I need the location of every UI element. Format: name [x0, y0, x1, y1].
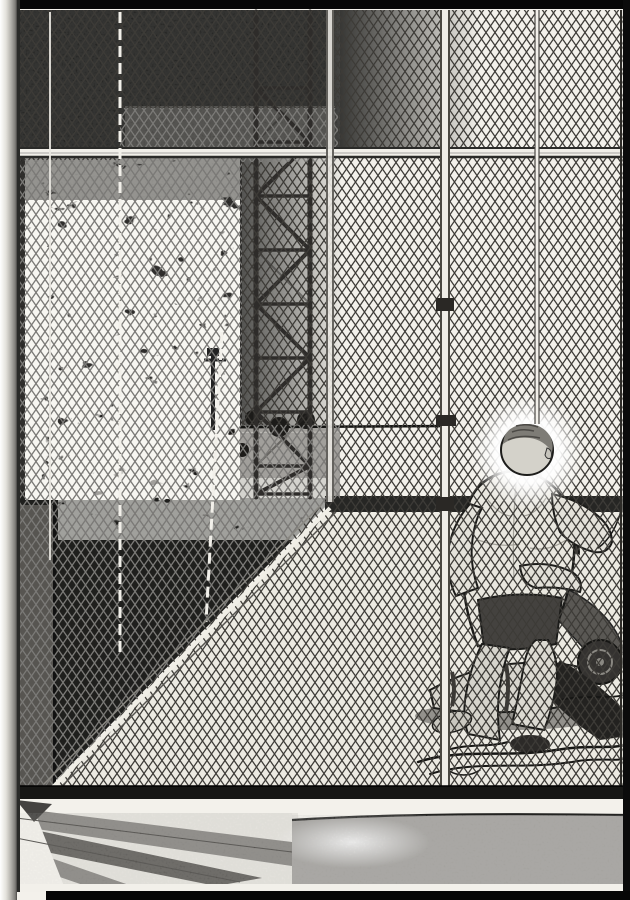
artwork-canvas — [0, 0, 630, 900]
bottom-white-strip — [16, 884, 624, 892]
manga-page — [0, 0, 630, 900]
apron-group — [16, 799, 624, 892]
post-537 — [535, 10, 539, 424]
halo-and-head — [470, 394, 586, 510]
post-330 — [326, 10, 334, 502]
cage-base-frame — [16, 786, 628, 799]
apron-right-cloth — [274, 814, 624, 886]
page-edge — [0, 0, 20, 900]
